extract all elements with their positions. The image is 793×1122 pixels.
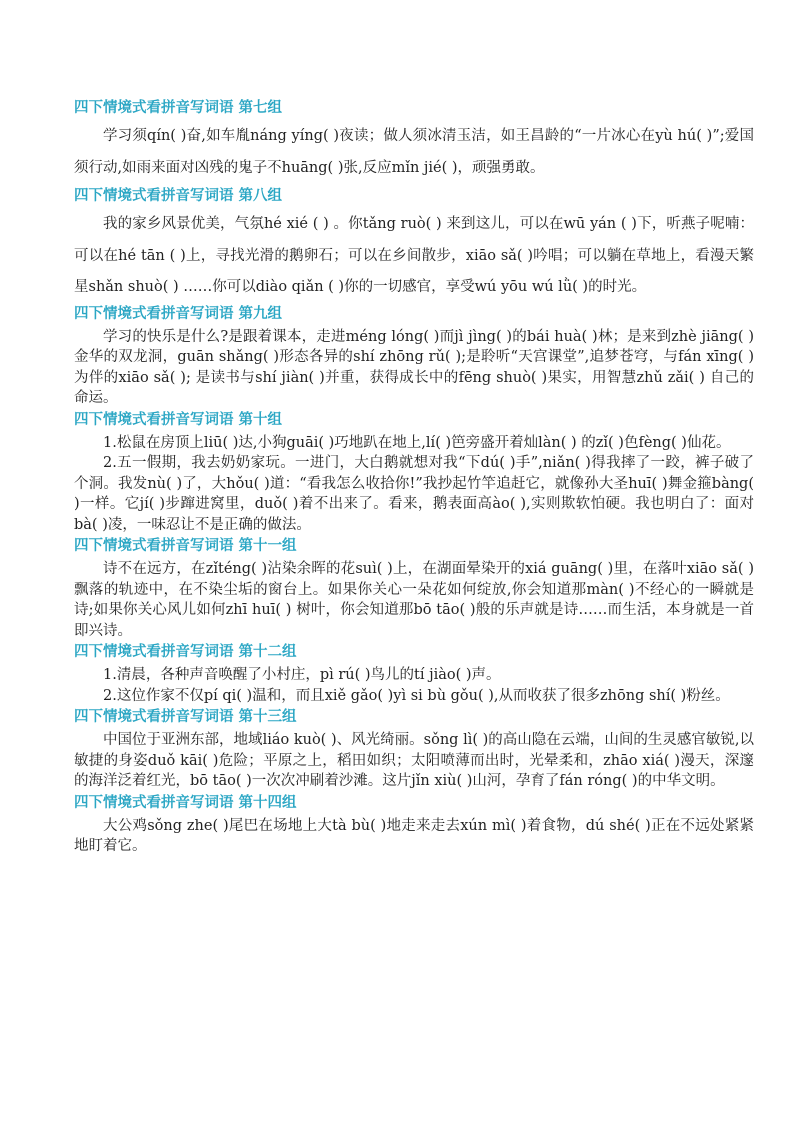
worksheet-page: 四下情境式看拼音写词语 第七组 学习须qín( )奋,如车胤náng yíng(… [74,98,754,857]
group-13: 四下情境式看拼音写词语 第十三组 中国位于亚洲东部，地域liáo kuò( )、… [74,707,754,792]
group-7: 四下情境式看拼音写词语 第七组 学习须qín( )奋,如车胤náng yíng(… [74,98,754,184]
exercise-paragraph: 1.清晨，各种声音唤醒了小村庄，pì rú( )鸟儿的tí jiào( )声。 [74,665,754,686]
group-heading: 四下情境式看拼音写词语 第七组 [74,98,754,118]
exercise-paragraph: 2.这位作家不仅pí qi( )温和，而且xiě gǎo( )yì si bù … [74,686,754,707]
exercise-paragraph: 学习须qín( )奋,如车胤náng yíng( )夜读；做人须冰清玉洁，如王昌… [74,121,754,184]
group-9: 四下情境式看拼音写词语 第九组 学习的快乐是什么?是跟着课本，走进méng ló… [74,304,754,409]
group-10: 四下情境式看拼音写词语 第十组 1.松鼠在房顶上liū( )达,小狗guāi( … [74,410,754,536]
group-heading: 四下情境式看拼音写词语 第十一组 [74,536,754,556]
group-heading: 四下情境式看拼音写词语 第十组 [74,410,754,430]
group-8: 四下情境式看拼音写词语 第八组 我的家乡风景优美，气氛hé xié ( ) 。你… [74,186,754,304]
group-heading: 四下情境式看拼音写词语 第九组 [74,304,754,324]
exercise-paragraph: 大公鸡sǒng zhe( )尾巴在场地上大tà bù( )地走来走去xún mì… [74,816,754,857]
exercise-paragraph: 中国位于亚洲东部，地域liáo kuò( )、风光绮丽。sǒng lì( )的高… [74,730,754,792]
group-12: 四下情境式看拼音写词语 第十二组 1.清晨，各种声音唤醒了小村庄，pì rú( … [74,642,754,706]
group-heading: 四下情境式看拼音写词语 第十四组 [74,793,754,813]
exercise-paragraph: 我的家乡风景优美，气氛hé xié ( ) 。你tǎng ruò( ) 来到这儿… [74,209,754,304]
group-11: 四下情境式看拼音写词语 第十一组 诗不在远方，在zǐténg( )沾染余晖的花s… [74,536,754,641]
group-14: 四下情境式看拼音写词语 第十四组 大公鸡sǒng zhe( )尾巴在场地上大tà… [74,793,754,857]
exercise-paragraph: 学习的快乐是什么?是跟着课本，走进méng lóng( )而jì jìng( )… [74,327,754,409]
exercise-paragraph: 2.五一假期，我去奶奶家玩。一进门，大白鹅就想对我“下dú( )手”,niǎn(… [74,453,754,535]
exercise-paragraph: 诗不在远方，在zǐténg( )沾染余晖的花suì( )上，在湖面晕染开的xiá… [74,559,754,641]
group-heading: 四下情境式看拼音写词语 第十二组 [74,642,754,662]
exercise-paragraph: 1.松鼠在房顶上liū( )达,小狗guāi( )巧地趴在地上,lí( )笆旁盛… [74,433,754,454]
group-heading: 四下情境式看拼音写词语 第八组 [74,186,754,206]
group-heading: 四下情境式看拼音写词语 第十三组 [74,707,754,727]
